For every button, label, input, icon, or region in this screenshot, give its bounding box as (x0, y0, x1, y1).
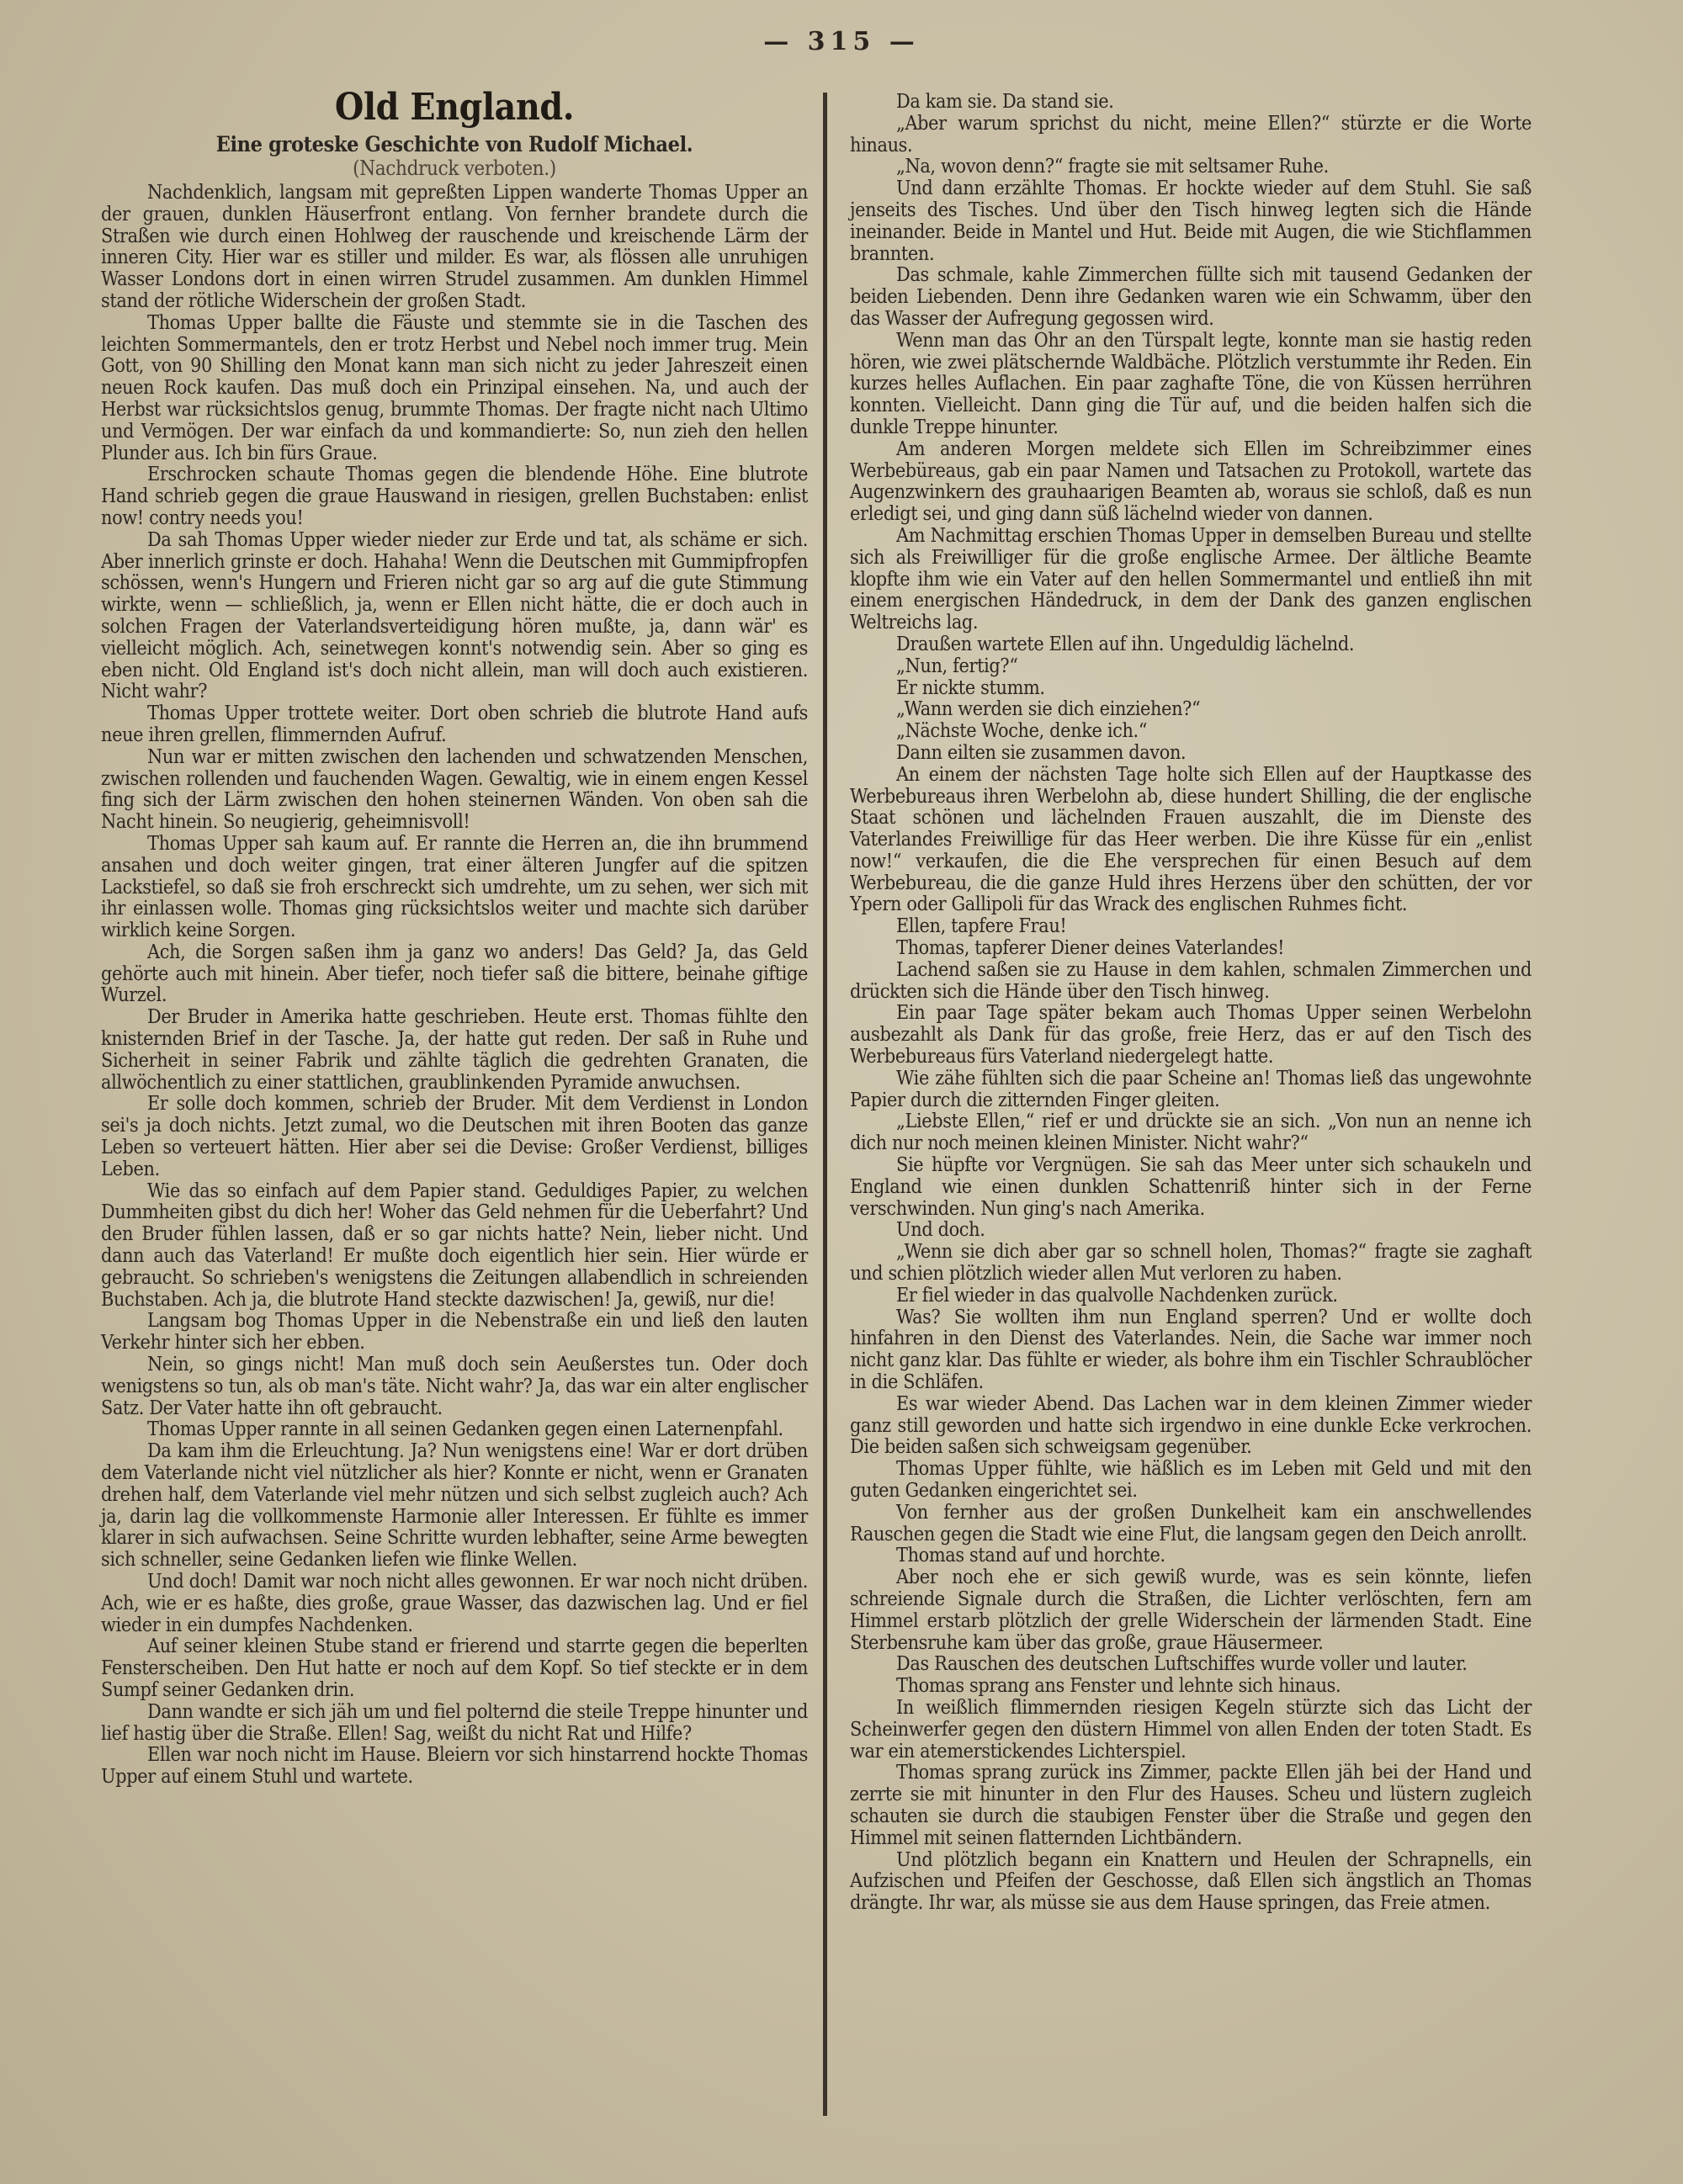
paragraph: Thomas, tapferer Diener deines Vaterland… (850, 937, 1532, 959)
paragraph: Thomas Upper ballte die Fäuste und stemm… (101, 312, 808, 464)
article-title: Old England. (101, 86, 808, 130)
paragraph: Ellen war noch nicht im Hause. Bleiern v… (101, 1744, 808, 1788)
paragraph: „Wenn sie dich aber gar so schnell holen… (850, 1241, 1532, 1285)
paragraph: Wenn man das Ohr an den Türspalt legte, … (850, 330, 1532, 438)
paragraph: Und plötzlich begann ein Knattern und He… (850, 1849, 1532, 1914)
paragraph: Thomas Upper trottete weiter. Dort oben … (101, 702, 808, 746)
paragraph: Nein, so gings nicht! Man muß doch sein … (101, 1354, 808, 1418)
paragraph: Dann wandte er sich jäh um und fiel polt… (101, 1701, 808, 1745)
paragraph: Thomas Upper fühlte, wie häßlich es im L… (850, 1458, 1532, 1502)
paragraph: Am Nachmittag erschien Thomas Upper in d… (850, 525, 1532, 633)
paragraph: Nachdenklich, langsam mit gepreßten Lipp… (101, 182, 808, 312)
paragraph: Thomas stand auf und horchte. (850, 1545, 1532, 1566)
paragraph: Und doch. (850, 1219, 1532, 1241)
paragraph: Am anderen Morgen meldete sich Ellen im … (850, 438, 1532, 525)
paragraph: Sie hüpfte vor Vergnügen. Sie sah das Me… (850, 1154, 1532, 1219)
paragraph: Da kam ihm die Erleuchtung. Ja? Nun weni… (101, 1440, 808, 1571)
paragraph: Lachend saßen sie zu Hause in dem kahlen… (850, 959, 1532, 1003)
paragraph: Nun war er mitten zwischen den lachenden… (101, 746, 808, 833)
paragraph: Es war wieder Abend. Das Lachen war in d… (850, 1393, 1532, 1458)
dialogue-line: „Wann werden sie dich einziehen?“ (850, 698, 1532, 720)
paragraph: Thomas sprang ans Fenster und lehnte sic… (850, 1675, 1532, 1697)
reprint-notice: (Nachdruck verboten.) (101, 156, 808, 180)
paragraph: „Liebste Ellen,“ rief er und drückte sie… (850, 1111, 1532, 1154)
paragraph: Wie zähe fühlten sich die paar Scheine a… (850, 1068, 1532, 1111)
paragraph: „Na, wovon denn?“ fragte sie mit seltsam… (850, 156, 1532, 178)
paragraph: Er solle doch kommen, schrieb der Bruder… (101, 1093, 808, 1179)
paragraph: Er fiel wieder in das qualvolle Nachdenk… (850, 1285, 1532, 1307)
paragraph: An einem der nächsten Tage holte sich El… (850, 764, 1532, 916)
left-column: Old England. Eine groteske Geschichte vo… (101, 84, 808, 1788)
page-number: — 315 — (0, 27, 1683, 56)
paragraph: Thomas Upper sah kaum auf. Er rannte die… (101, 833, 808, 941)
paragraph: Da kam sie. Da stand sie. (850, 91, 1532, 113)
paragraph: Aber noch ehe er sich gewiß wurde, was e… (850, 1566, 1532, 1653)
paragraph: Auf seiner kleinen Stube stand er friere… (101, 1635, 808, 1700)
paragraph: Und doch! Damit war noch nicht alles gew… (101, 1571, 808, 1635)
dialogue-line: „Nächste Woche, denke ich.“ (850, 720, 1532, 742)
paragraph: Der Bruder in Amerika hatte geschrieben.… (101, 1006, 808, 1093)
paragraph: Langsam bog Thomas Upper in die Nebenstr… (101, 1310, 808, 1354)
paragraph: Er nickte stumm. (850, 677, 1532, 699)
dialogue-line: „Nun, fertig?“ (850, 655, 1532, 677)
paragraph: Das schmale, kahle Zimmerchen füllte sic… (850, 264, 1532, 329)
paragraph: Von fernher aus der großen Dunkelheit ka… (850, 1502, 1532, 1545)
paragraph: In weißlich flimmernden riesigen Kegeln … (850, 1697, 1532, 1762)
paragraph: Ellen, tapfere Frau! (850, 915, 1532, 937)
paragraph: Das Rauschen des deutschen Luftschiffes … (850, 1653, 1532, 1675)
article-subtitle: Eine groteske Geschichte von Rudolf Mich… (101, 133, 808, 156)
paragraph: Ach, die Sorgen saßen ihm ja ganz wo and… (101, 941, 808, 1006)
paragraph: Thomas sprang zurück ins Zimmer, packte … (850, 1762, 1532, 1848)
paragraph: Was? Sie wollten ihm nun England sperren… (850, 1307, 1532, 1393)
paragraph: Erschrocken schaute Thomas gegen die ble… (101, 464, 808, 528)
paragraph: Dann eilten sie zusammen davon. (850, 742, 1532, 764)
paragraph: Ein paar Tage später bekam auch Thomas U… (850, 1002, 1532, 1067)
right-column: Da kam sie. Da stand sie. „Aber warum sp… (850, 91, 1532, 1914)
paragraph: Wie das so einfach auf dem Papier stand.… (101, 1180, 808, 1311)
paragraph: Und dann erzählte Thomas. Er hockte wied… (850, 178, 1532, 264)
paragraph: Thomas Upper rannte in all seinen Gedank… (101, 1418, 808, 1440)
paragraph: „Aber warum sprichst du nicht, meine Ell… (850, 113, 1532, 156)
paragraph: Draußen wartete Ellen auf ihn. Ungeduldi… (850, 633, 1532, 655)
column-divider (823, 93, 827, 2116)
paragraph: Da sah Thomas Upper wieder nieder zur Er… (101, 529, 808, 702)
